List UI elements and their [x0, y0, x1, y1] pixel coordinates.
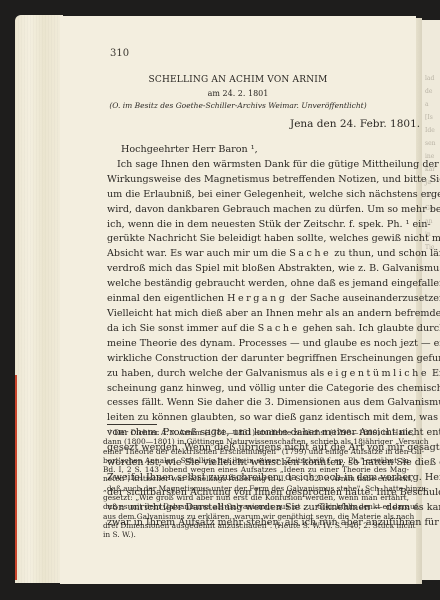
page-number: 310 [110, 48, 129, 59]
place-and-date: Jena den 24. Febr. 1801. [290, 118, 420, 130]
footnote-line: einer Theorie der elektrischen Erscheinu… [103, 447, 409, 456]
body-line: scheinung ganz hinweg, und völlig unter … [107, 382, 407, 397]
body-line: Vielleicht hat mich dieß aber an Ihnen m… [107, 307, 407, 322]
text-fragment: gehen sah. Ich glaubte durch [300, 323, 440, 334]
body-line: verdroß mich das Spiel mit bloßen Abstra… [107, 262, 407, 277]
footnote-line: aus dem Galvanismus zu erklären, warum w… [103, 512, 409, 521]
body-line: Absicht war. Es war auch mir um die Sach… [107, 247, 407, 262]
footnote-line: Bd. I, 2 S. 143 lobend wegen eines Aufsa… [103, 465, 409, 474]
emphasized-word: eigentümliche [327, 368, 429, 379]
body-line: einmal den eigentlichen Hergang der Sach… [107, 292, 407, 307]
body-line: zu haben, durch welche der Galvanismus a… [107, 367, 407, 382]
text-fragment: da ich Sie sonst immer auf die [107, 323, 258, 334]
body-line: gerükte Nachricht Sie beleidigt haben so… [107, 232, 407, 247]
text-fragment: der Sache auseinanderzusetzen. [287, 293, 440, 304]
page-edges-left [15, 15, 63, 583]
footnote-line: in S. W.). [103, 530, 409, 539]
emphasized-word: Hergang [227, 293, 287, 304]
footnote-line: daß es mit dem Galvanismus als Galvanism… [103, 502, 409, 511]
footnote-line: gesetzt: „Wie groß wird aber nun erst di… [103, 493, 409, 502]
letter-date: am 24. 2. 1801 [60, 89, 416, 98]
body-line: da ich Sie sonst immer auf die Sache geh… [107, 322, 407, 337]
salutation: Hochgeehrter Herr Baron ¹, [107, 143, 407, 158]
body-line: cesses fällt. Wenn Sie daher die 3. Dime… [107, 396, 407, 411]
red-edge-strip [15, 375, 17, 580]
footnote-line: neten"; kritischer war Schellings Äußeru… [103, 474, 409, 483]
letter-source: (O. im Besitz des Goethe-Schiller-Archiv… [60, 101, 416, 110]
emphasized-word: Sache [258, 323, 300, 334]
body-line: wird, davon dankbaren Gebrauch machen zu… [107, 203, 407, 218]
footnote-line: drei Dimensionen ausgedehnt anzuschauen"… [103, 521, 409, 530]
text-fragment: zu haben, durch welche der Galvanismus a… [107, 368, 327, 379]
footnote-line: dann (1800—1801) in Göttingen Naturwisse… [103, 437, 409, 446]
footnote-line: ¹ Der Dichter A. v. Arnim (1781—1831) st… [103, 428, 409, 437]
text-fragment: Absicht war. Es war auch mir um die [107, 248, 289, 259]
footnote-line: „daß auch der Magnetismus unter der Form… [103, 484, 409, 493]
body-line: um die Erlaubniß, bei einer Gelegenheit,… [107, 188, 407, 203]
text-fragment: einmal den eigentlichen [107, 293, 227, 304]
body-line: Ich sage Ihnen den wärmsten Dank für die… [107, 158, 407, 173]
footnote-line: bert'schen Annalen. Schelling hat ihn in… [103, 456, 409, 465]
body-line: wirkliche Construction der darunter begr… [107, 352, 407, 367]
body-line: Wirkungsweise des Magnetismus betreffend… [107, 173, 407, 188]
body-line: meine Theorie des dynam. Processes — und… [107, 337, 407, 352]
footnote: ¹ Der Dichter A. v. Arnim (1781—1831) st… [103, 428, 409, 540]
body-line: welche beständig gebraucht werden, ohne … [107, 277, 407, 292]
letter-heading: SCHELLING AN ACHIM VON ARNIM [60, 75, 416, 85]
footnote-rule [107, 424, 157, 425]
text-fragment: Er- [429, 368, 440, 379]
emphasized-word: Sache [289, 248, 331, 259]
body-line: ich, wenn die in dem neuesten Stük der Z… [107, 218, 407, 233]
text-fragment: zu thun, und schon längst [331, 248, 440, 259]
